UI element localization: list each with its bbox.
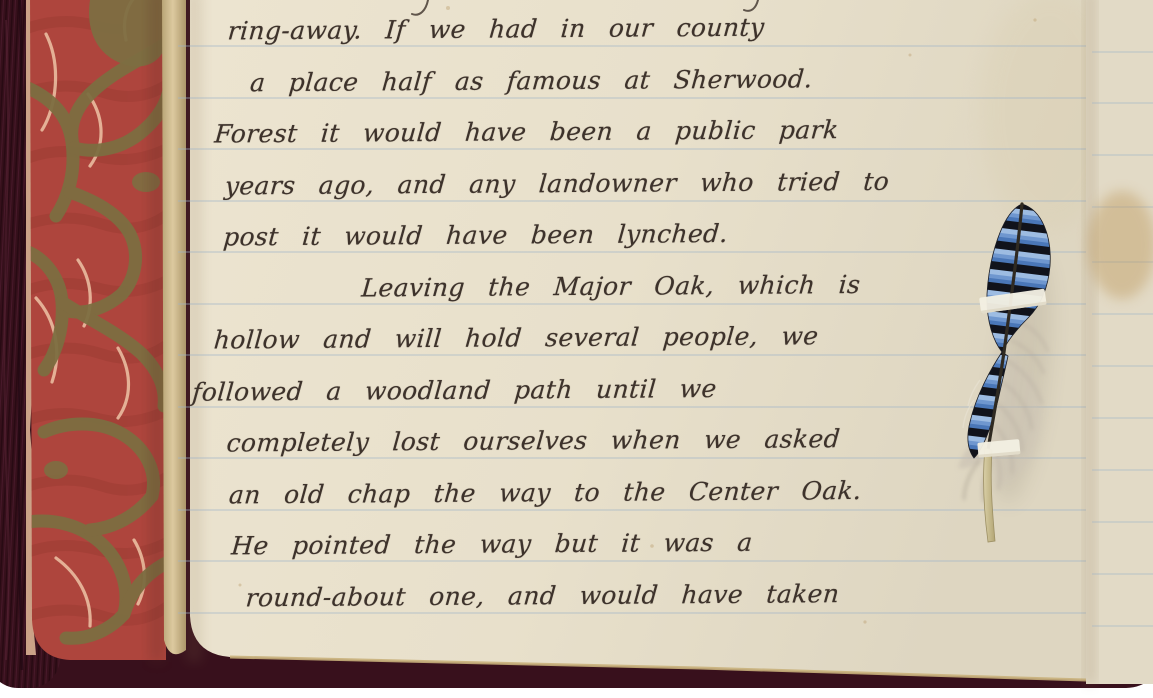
brown-stain	[1088, 191, 1153, 299]
marbled-endpaper	[26, 0, 170, 666]
next-page-edge	[1086, 0, 1153, 684]
diary-photo: ring-away. If we had in our county a pla…	[0, 0, 1153, 698]
jay-feather	[930, 190, 1070, 560]
